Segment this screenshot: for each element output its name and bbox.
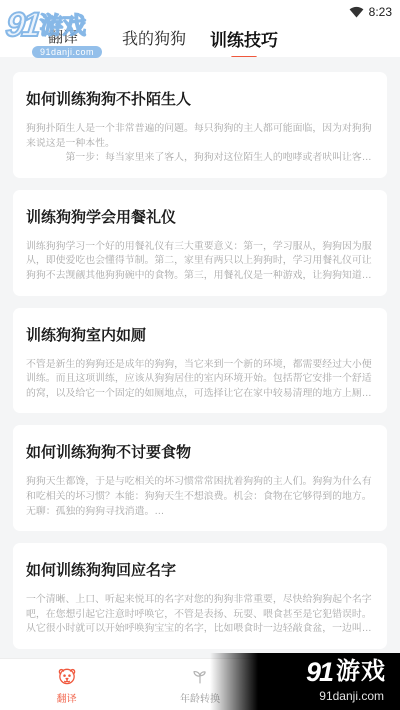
sprout-icon: [189, 665, 211, 687]
bottom-nav-spacer: [267, 659, 400, 710]
tip-card-title: 如何训练狗狗回应名字: [26, 561, 374, 580]
tab-training-tips-label: 训练技巧: [210, 31, 278, 50]
bottom-nav: 翻译 年龄转换: [0, 658, 400, 710]
tip-card[interactable]: 训练狗狗室内如厕 不管是新生的狗狗还是成年的狗狗，当它来到一个新的环境，都需要经…: [13, 308, 387, 414]
tips-list: 如何训练狗狗不扑陌生人 狗狗扑陌生人是一个非常普遍的问题。每只狗狗的主人都可能面…: [0, 57, 400, 658]
tip-card-title: 训练狗狗室内如厕: [26, 326, 374, 345]
tab-my-dog[interactable]: 我的狗狗: [122, 26, 186, 49]
tip-card[interactable]: 如何训练狗狗回应名字 一个清晰、上口、听起来悦耳的名字对您的狗狗非常重要，尽快给…: [13, 543, 387, 649]
tip-card[interactable]: 训练狗狗学会用餐礼仪 训练狗狗学习一个好的用餐礼仪有三大重要意义：第一，学习服从…: [13, 190, 387, 296]
status-time: 8:23: [369, 5, 392, 19]
tip-card-body: 狗狗扑陌生人是一个非常普遍的问题。每只狗狗的主人都可能面临，因为对狗狗来说这是一…: [26, 122, 374, 166]
tab-translate[interactable]: 翻译: [48, 26, 78, 47]
tip-card-body: 训练狗狗学习一个好的用餐礼仪有三大重要意义：第一，学习服从，狗狗因为服从，即使爱…: [26, 240, 374, 284]
top-nav: 翻译 我的狗狗 训练技巧: [0, 20, 400, 57]
wifi-icon: [349, 6, 364, 18]
tip-card-body: 一个清晰、上口、听起来悦耳的名字对您的狗狗非常重要，尽快给狗狗起个名字吧，在您想…: [26, 593, 374, 637]
tip-card-body: 狗狗天生都馋，于是与吃相关的坏习惯常常困扰着狗狗的主人们。狗狗为什么有和吃相关的…: [26, 475, 374, 519]
tip-card-title: 训练狗狗学会用餐礼仪: [26, 208, 374, 227]
tab-training-tips[interactable]: 训练技巧: [210, 26, 278, 59]
tip-card-title: 如何训练狗狗不讨要食物: [26, 443, 374, 462]
bottom-tab-translate[interactable]: 翻译: [0, 659, 133, 710]
tip-card[interactable]: 如何训练狗狗不讨要食物 狗狗天生都馋，于是与吃相关的坏习惯常常困扰着狗狗的主人们…: [13, 425, 387, 531]
bottom-tab-age-convert[interactable]: 年龄转换: [133, 659, 266, 710]
bottom-tab-age-convert-label: 年龄转换: [180, 690, 220, 705]
tip-card-body: 不管是新生的狗狗还是成年的狗狗，当它来到一个新的环境，都需要经过大小便训练。而且…: [26, 358, 374, 402]
bottom-tab-translate-label: 翻译: [57, 690, 77, 705]
status-bar: 8:23: [0, 0, 400, 20]
dog-face-icon: [56, 665, 78, 687]
tip-card-title: 如何训练狗狗不扑陌生人: [26, 90, 374, 109]
tip-card[interactable]: 如何训练狗狗不扑陌生人 狗狗扑陌生人是一个非常普遍的问题。每只狗狗的主人都可能面…: [13, 72, 387, 178]
app-header: 8:23 翻译 我的狗狗 训练技巧: [0, 0, 400, 57]
